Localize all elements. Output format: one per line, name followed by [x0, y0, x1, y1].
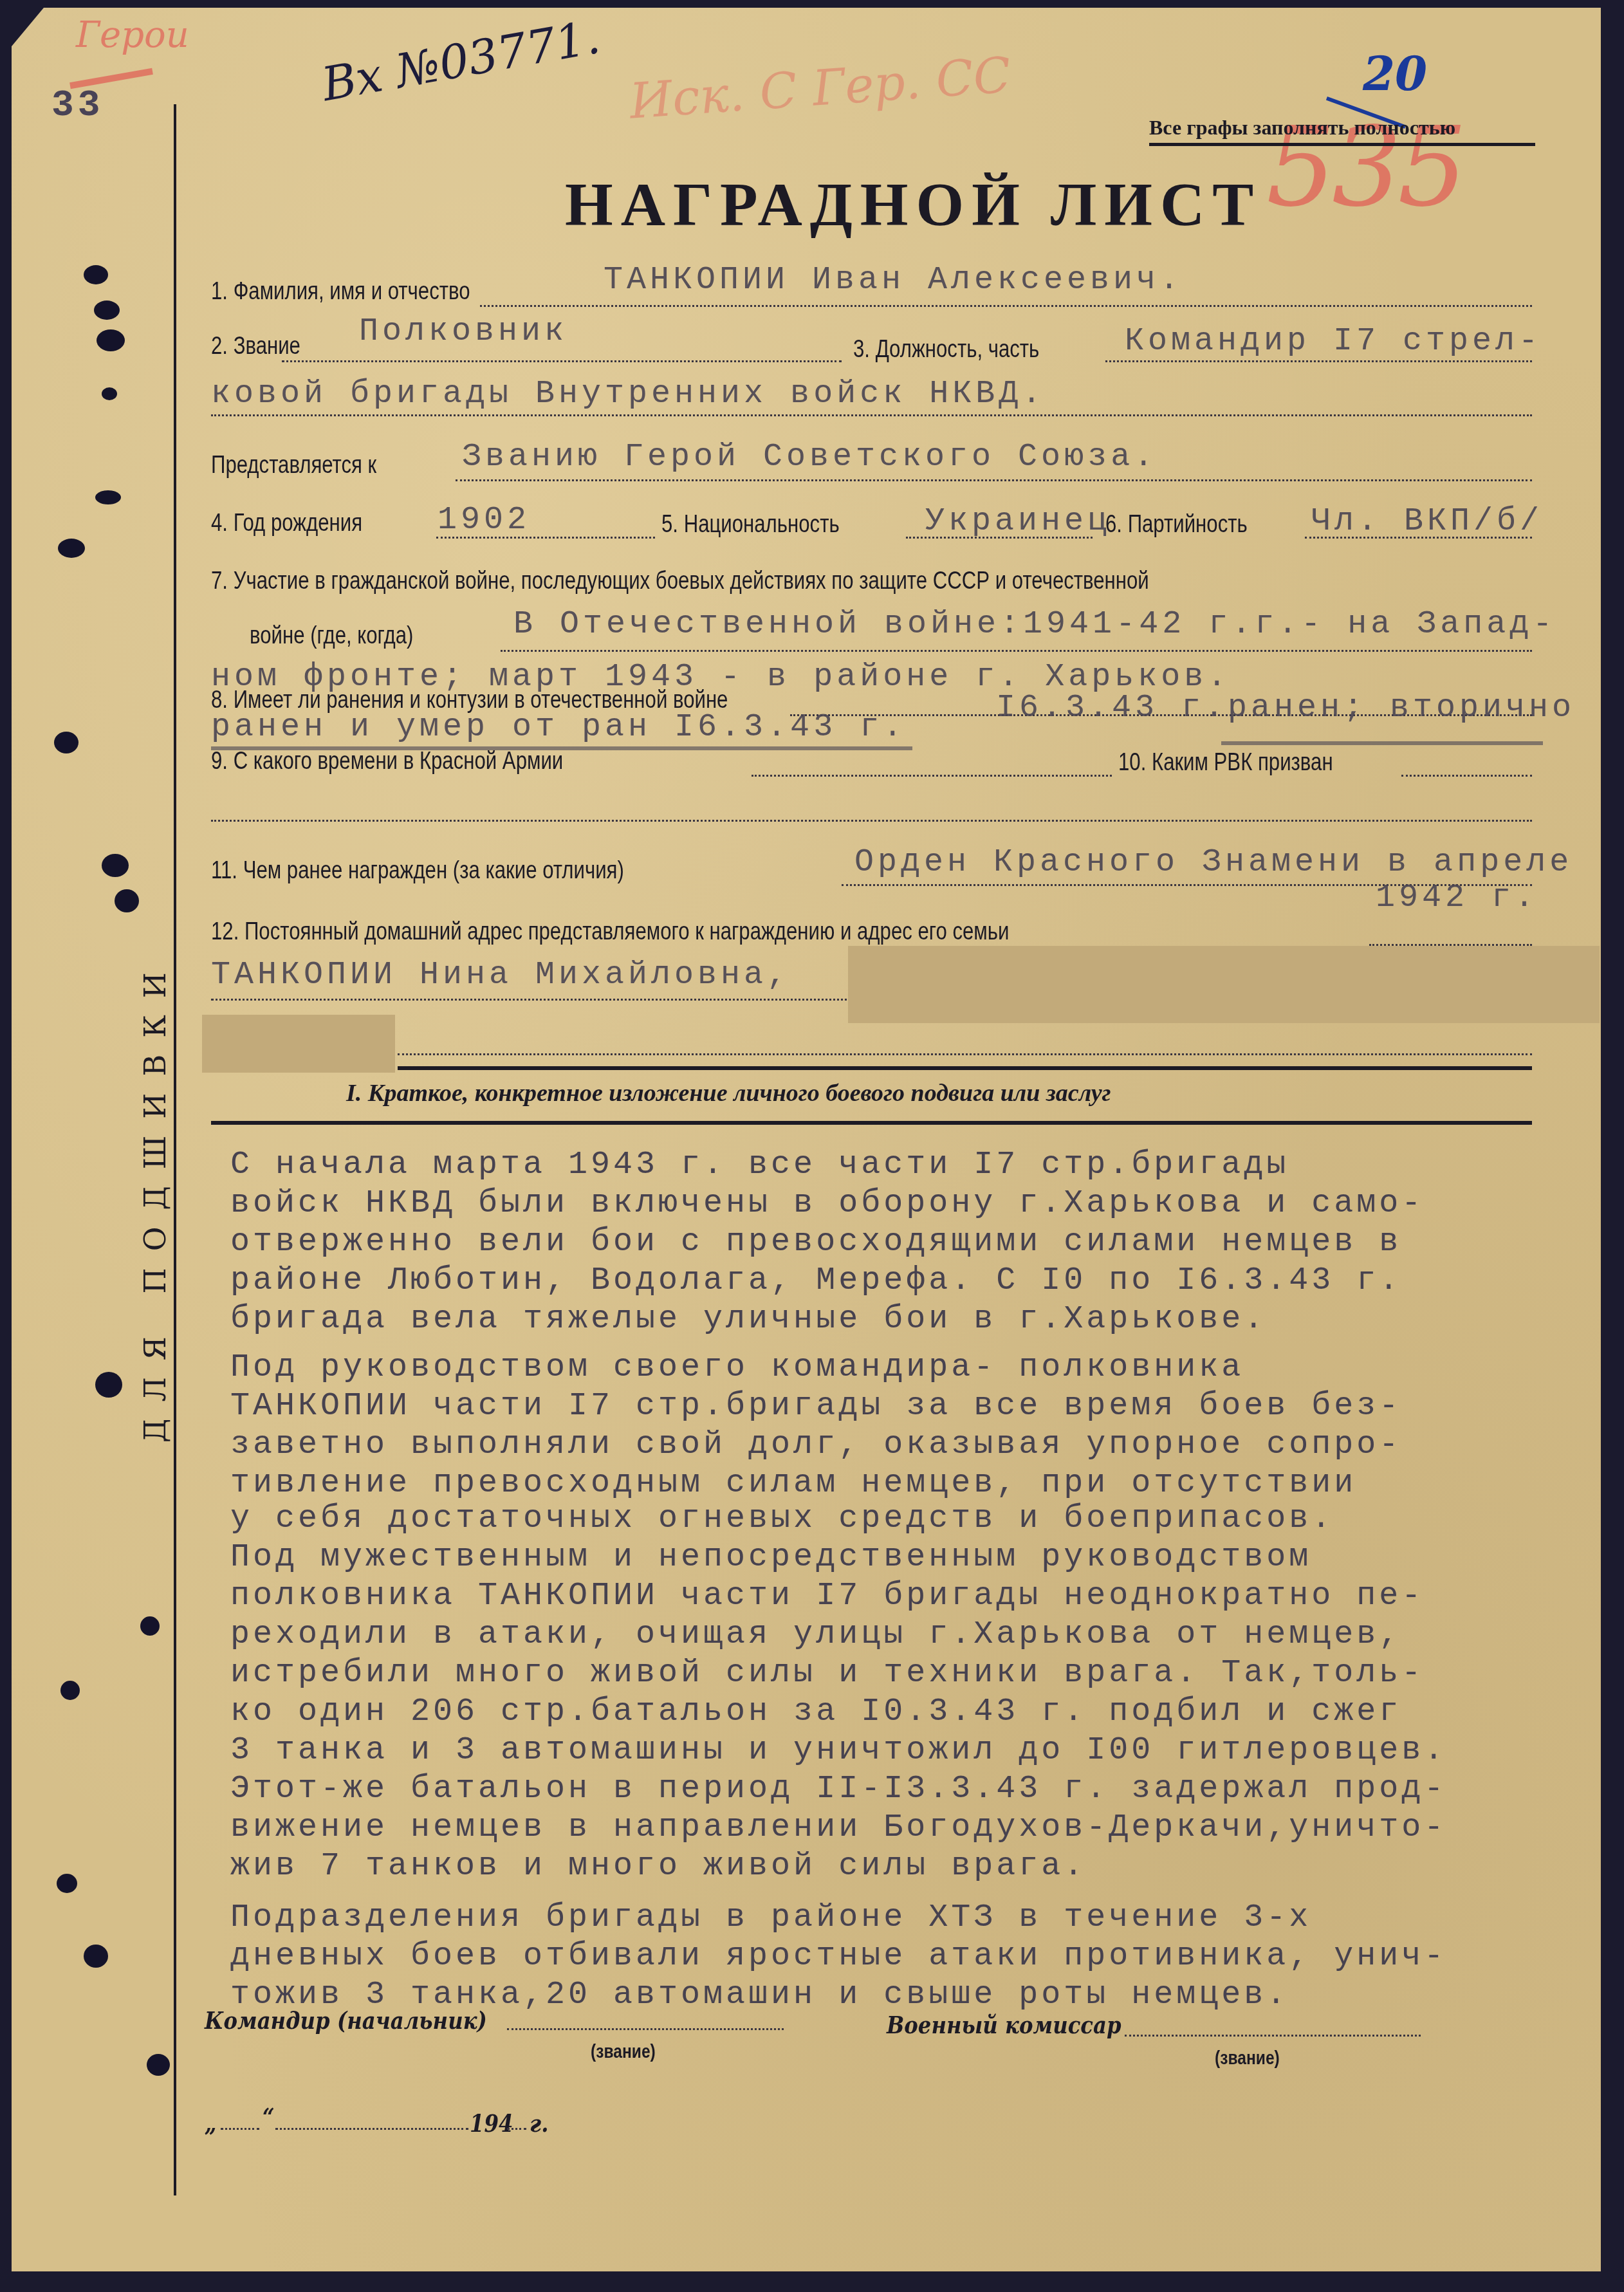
narrative-line: полковника ТАНКОПИИ части I7 бригады нео…	[230, 1578, 1424, 1614]
field-5-value: Украинец	[925, 503, 1111, 540]
date-open-quote: „	[205, 2109, 217, 2138]
section-heading: I. Краткое, конкретное изложение личного…	[346, 1079, 1111, 1107]
registry-number: Вх №03771.	[318, 10, 604, 112]
field-3-value-line2: ковой бригады Внутренних войск НКВД.	[211, 376, 1045, 412]
field-3-label: 3. Должность, часть	[853, 336, 1039, 364]
binding-hole	[97, 329, 125, 351]
narrative-line: заветно выполняли свой долг, оказывая уп…	[230, 1427, 1401, 1463]
narrative-line: тивление превосходным силам немцев, при …	[230, 1465, 1356, 1502]
field-10-line	[1401, 775, 1532, 777]
field-9-line2	[211, 820, 1532, 822]
nominated-line	[456, 479, 1532, 481]
annotation-red-pencil: Иск. С Гер. СС	[628, 46, 1013, 129]
narrative-line: вижение немцев в направлении Богодухов-Д…	[230, 1809, 1446, 1846]
binding-hole	[84, 1945, 108, 1968]
document-title: НАГРАДНОЙ ЛИСТ	[565, 169, 1261, 240]
date-day-line	[221, 2128, 259, 2130]
field-10-label: 10. Каким РВК призван	[1118, 749, 1333, 777]
narrative-line: Под руководством своего командира- полко…	[230, 1349, 1244, 1386]
binding-hole	[94, 300, 120, 320]
field-2-line	[282, 360, 842, 362]
red-underline	[69, 68, 153, 89]
binding-hole	[95, 1372, 122, 1398]
narrative-line: у себя достаточных огневых средств и бое…	[230, 1501, 1334, 1537]
narrative-line: Этот-же батальон в период II-I3.3.43 г. …	[230, 1771, 1446, 1807]
field-1-value: ТАНКОПИИ Иван Алексеевич.	[604, 262, 1183, 299]
narrative-line: войск НКВД были включены в оборону г.Хар…	[230, 1185, 1424, 1222]
binding-hole	[95, 490, 121, 504]
field-11-label: 11. Чем ранее награжден (за какие отличи…	[211, 857, 624, 885]
field-7-label: 7. Участие в гражданской войне, последую…	[211, 568, 1149, 595]
date-suffix: г.	[530, 2109, 548, 2138]
binding-hole	[102, 387, 117, 400]
narrative-line: 3 танка и 3 автомашины и уничтожил до I0…	[230, 1732, 1446, 1769]
narrative-line: дневных боев отбивали яростные атаки про…	[230, 1938, 1446, 1975]
commander-label: Командир (начальник)	[205, 2006, 487, 2035]
binding-hole	[115, 889, 139, 912]
narrative-line: Под мужественным и непосредственным руко…	[230, 1539, 1311, 1576]
annotation-red-top-left: Герои	[76, 14, 189, 56]
binding-hole	[147, 2054, 170, 2076]
field-1-line	[480, 305, 1532, 307]
annotation-blue-number: 20	[1363, 46, 1427, 101]
binding-hole	[57, 1874, 77, 1893]
binding-margin-line	[174, 104, 176, 2195]
narrative-line: бригада вела тяжелые уличные бои в г.Хар…	[230, 1301, 1266, 1338]
field-3-line2	[211, 414, 1532, 416]
field-3-value-line1: Командир I7 стрел-	[1125, 323, 1542, 360]
field-12-line2	[211, 999, 867, 1001]
date-year-line	[507, 2128, 526, 2130]
narrative-line: ТАНКОПИИ части I7 стр.бригады за все вре…	[230, 1388, 1401, 1425]
field-7-value-line1: В Отечественной войне:1941-42 г.г.- на З…	[513, 606, 1556, 643]
nominated-label: Представляется к	[211, 452, 376, 479]
instruction-note: Все графы заполнять полностью	[1149, 116, 1455, 140]
date-close-quote: “	[263, 2102, 275, 2131]
field-6-value: Чл. ВКП/б/	[1311, 503, 1543, 540]
binding-hole	[140, 1616, 160, 1636]
field-8-value-line2: ранен и умер от ран I6.3.43 г.	[211, 709, 906, 746]
binding-hole	[60, 1681, 80, 1700]
narrative-line: отверженно вели бои с превосходящими сил…	[230, 1224, 1401, 1261]
instruction-underline	[1149, 143, 1535, 146]
field-12-line3	[398, 1053, 1532, 1055]
narrative-line: С начала марта 1943 г. все части I7 стр.…	[230, 1147, 1289, 1183]
narrative-line: районе Люботин, Водолага, Мерефа. С I0 п…	[230, 1262, 1401, 1299]
field-4-label: 4. Год рождения	[211, 510, 362, 537]
nominated-value: Званию Герой Советского Союза.	[462, 439, 1157, 476]
field-5-label: 5. Национальность	[661, 511, 840, 539]
field-11-value-line2: 1942 г.	[1376, 880, 1538, 916]
field-4-value: 1902	[438, 502, 530, 539]
field-11-value-line1: Орден Красного Знамени в апреле	[854, 844, 1573, 881]
field-1-label: 1. Фамилия, имя и отчество	[211, 278, 470, 306]
commissar-label: Военный комиссар	[887, 2010, 1121, 2039]
field-3-line	[1105, 360, 1532, 362]
section-bottom-rule	[211, 1121, 1532, 1125]
field-6-label: 6. Партийность	[1105, 511, 1248, 539]
binding-hole	[54, 732, 78, 753]
narrative-line: Подразделения бригады в районе ХТЗ в теч…	[230, 1899, 1311, 1936]
field-2-label: 2. Звание	[211, 333, 300, 360]
award-sheet: ДЛЯ ПОДШИВКИ 33 Герои Вх №03771. Иск. С …	[12, 8, 1601, 2271]
date-year: 194	[470, 2109, 513, 2138]
narrative-line: ко один 206 стр.батальон за I0.3.43 г. п…	[230, 1694, 1401, 1730]
field-7-line	[501, 650, 1532, 652]
field-12-label: 12. Постоянный домашний адрес представля…	[211, 918, 1009, 946]
field-9-line	[752, 775, 1112, 777]
binding-hole	[102, 854, 129, 877]
narrative-line: истребили много живой силы и техники вра…	[230, 1655, 1424, 1692]
margin-label: ДЛЯ ПОДШИВКИ	[138, 956, 172, 1443]
field-12-value: ТАНКОПИИ Нина Михайловна,	[211, 957, 790, 994]
commander-rank-caption: (звание)	[591, 2041, 656, 2063]
field-9-label: 9. С какого времени в Красной Армии	[211, 748, 563, 775]
narrative-line: жив 7 танков и много живой силы врага.	[230, 1848, 1086, 1885]
section-top-rule	[398, 1066, 1532, 1070]
field-7-label-line2: войне (где, когда)	[250, 622, 413, 650]
binding-hole	[84, 265, 108, 284]
date-month-line	[275, 2128, 468, 2130]
redacted-address-line2	[202, 1015, 395, 1073]
commissar-rank-caption: (звание)	[1215, 2047, 1280, 2069]
commander-signature-line	[507, 2028, 784, 2030]
binding-hole	[58, 539, 85, 558]
commissar-signature-line	[1125, 2035, 1421, 2037]
redacted-address	[848, 946, 1600, 1023]
field-2-value: Полковник	[359, 313, 567, 350]
narrative-line: реходили в атаки, очищая улицы г.Харьков…	[230, 1616, 1401, 1653]
page-number-stamp: 33	[51, 85, 104, 127]
underline-pencil-mark	[1221, 741, 1543, 745]
field-8-value-line1: I6.3.43 г.ранен; вторично	[996, 690, 1575, 726]
